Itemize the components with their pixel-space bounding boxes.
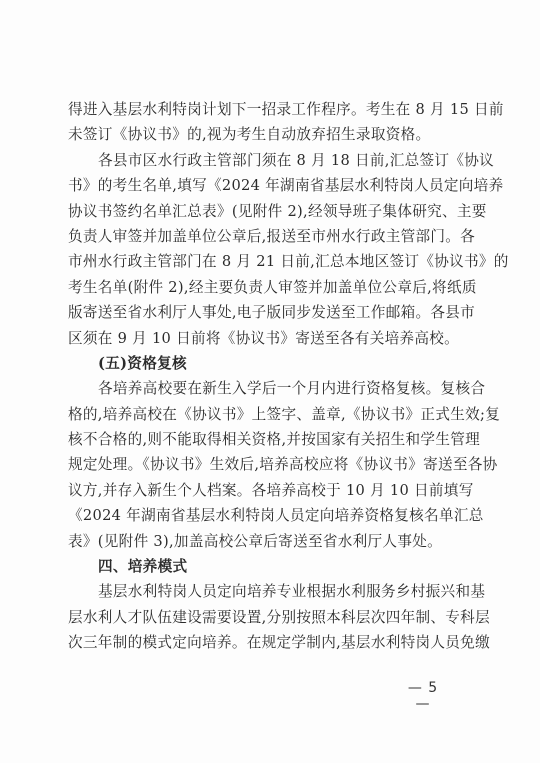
text-line: 得进入基层水利特岗计划下一招录工作程序。考生在 8 月 15 日前 — [68, 97, 465, 122]
text-line: 基层水利特岗人员定向培养专业根据水利服务乡村振兴和基 — [68, 579, 465, 604]
text-line: 版寄送至省水利厅人事处,电子版同步发送至工作邮箱。各县市 — [68, 300, 465, 325]
text-line: 各县市区水行政主管部门须在 8 月 18 日前,汇总签订《协议 — [68, 148, 465, 173]
text-line: 区须在 9 月 10 日前将《协议书》寄送至各有关培养高校。 — [68, 326, 465, 351]
text-line: 负责人审签并加盖单位公章后,报送至市州水行政主管部门。各 — [68, 224, 465, 249]
section-heading-training-mode: 四、培养模式 — [68, 554, 465, 579]
text-line: 表》(见附件 3),加盖高校公章后寄送至省水利厅人事处。 — [68, 529, 465, 554]
text-line: 协议书签约名单汇总表》(见附件 2),经领导班子集体研究、主要 — [68, 199, 465, 224]
text-line: 次三年制的模式定向培养。在规定学制内,基层水利特岗人员免缴 — [68, 630, 465, 655]
text-line: 《2024 年湖南省基层水利特岗人员定向培养资格复核名单汇总 — [68, 503, 465, 528]
text-line: 格的,培养高校在《协议书》上签字、盖章,《协议书》正式生效;复 — [68, 402, 465, 427]
text-line: 规定处理。《协议书》生效后,培养高校应将《协议书》寄送至各协 — [68, 452, 465, 477]
document-page: 得进入基层水利特岗计划下一招录工作程序。考生在 8 月 15 日前 未签订《协议… — [68, 97, 465, 656]
section-heading-qualification-review: (五)资格复核 — [68, 351, 465, 376]
text-line: 考生名单(附件 2),经主要负责人审签并加盖单位公章后,将纸质 — [68, 275, 465, 300]
text-line: 市州水行政主管部门在 8 月 21 日前,汇总本地区签订《协议书》的 — [68, 249, 465, 274]
page-number: — 5 — — [398, 680, 448, 712]
text-line: 书》的考生名单,填写《2024 年湖南省基层水利特岗人员定向培养 — [68, 173, 465, 198]
text-line: 各培养高校要在新生入学后一个月内进行资格复核。复核合 — [68, 376, 465, 401]
text-line: 未签订《协议书》的,视为考生自动放弃招生录取资格。 — [68, 122, 465, 147]
text-line: 议方,并存入新生个人档案。各培养高校于 10 月 10 日前填写 — [68, 478, 465, 503]
text-line: 核不合格的,则不能取得相关资格,并按国家有关招生和学生管理 — [68, 427, 465, 452]
text-line: 层水利人才队伍建设需要设置,分别按照本科层次四年制、专科层 — [68, 605, 465, 630]
